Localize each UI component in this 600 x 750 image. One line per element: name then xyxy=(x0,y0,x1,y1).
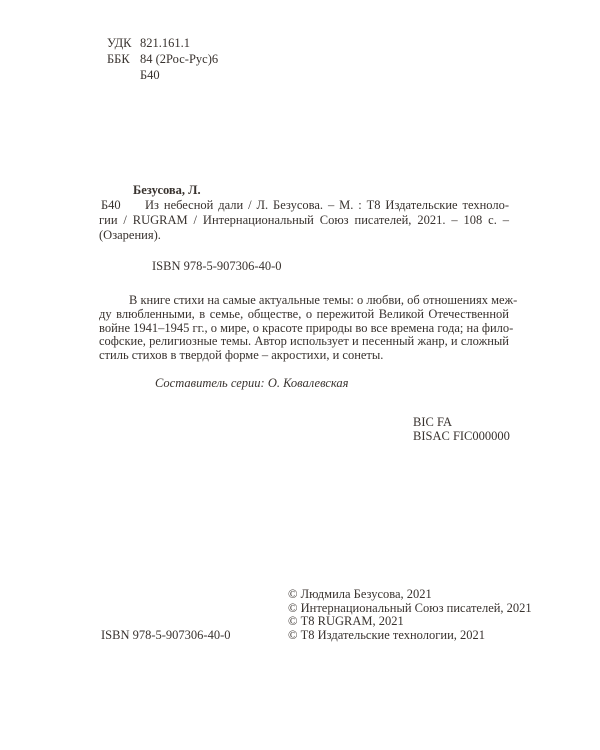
card-entry-sign: Б40 xyxy=(101,198,121,213)
bbk-line: ББК84 (2Рос-Рус)6 xyxy=(107,51,218,67)
annotation-line: ду влюбленными, в семье, обществе, о пер… xyxy=(99,308,509,322)
subject-codes: BIC FA BISAC FIC000000 xyxy=(413,415,510,443)
copyright-line: © Интернациональный Союз писателей, 2021 xyxy=(288,602,532,616)
copyright-line: © Людмила Безусова, 2021 xyxy=(288,588,532,602)
annotation: В книге стихи на самые актуальные темы: … xyxy=(99,294,509,363)
annotation-line: софские, религиозные темы. Автор использ… xyxy=(99,335,509,349)
author-sign-line: Б40 xyxy=(107,67,218,83)
copyright-line: © Т8 RUGRAM, 2021 xyxy=(288,615,532,629)
imprint-page: УДК821.161.1 ББК84 (2Рос-Рус)6 Б40 Безус… xyxy=(0,0,600,750)
card-entry-line: Из небесной дали / Л. Безусова. – М. : Т… xyxy=(99,198,509,213)
bottom-isbn: ISBN 978-5-907306-40-0 xyxy=(101,628,231,643)
card-entry: Б40 Из небесной дали / Л. Безусова. – М.… xyxy=(99,198,509,243)
copyright-line: © Т8 Издательские технологии, 2021 xyxy=(288,629,532,643)
card-entry-line: гии / RUGRAM / Интернациональный Союз пи… xyxy=(99,213,509,228)
bbk-label: ББК xyxy=(107,51,140,67)
bic-code: BIC FA xyxy=(413,415,510,429)
author-sign: Б40 xyxy=(140,68,160,82)
bisac-code: BISAC FIC000000 xyxy=(413,429,510,443)
annotation-line: В книге стихи на самые актуальные темы: … xyxy=(99,294,509,308)
card-isbn: ISBN 978-5-907306-40-0 xyxy=(152,259,282,274)
card-entry-line: (Озарения). xyxy=(99,228,509,243)
catalog-card: Безусова, Л. Б40 Из небесной дали / Л. Б… xyxy=(99,183,509,243)
udk-value: 821.161.1 xyxy=(140,36,190,50)
bbk-value: 84 (2Рос-Рус)6 xyxy=(140,52,218,66)
annotation-line: войне 1941–1945 гг., о мире, о красоте п… xyxy=(99,322,509,336)
annotation-line: стиль стихов в твердой форме – акростихи… xyxy=(99,349,509,363)
copyright-block: © Людмила Безусова, 2021 © Интернационал… xyxy=(288,588,532,642)
udk-line: УДК821.161.1 xyxy=(107,35,218,51)
classification-block: УДК821.161.1 ББК84 (2Рос-Рус)6 Б40 xyxy=(107,35,218,83)
card-author: Безусова, Л. xyxy=(133,183,509,198)
series-editor: Составитель серии: О. Ковалевская xyxy=(155,376,348,391)
udk-label: УДК xyxy=(107,35,140,51)
